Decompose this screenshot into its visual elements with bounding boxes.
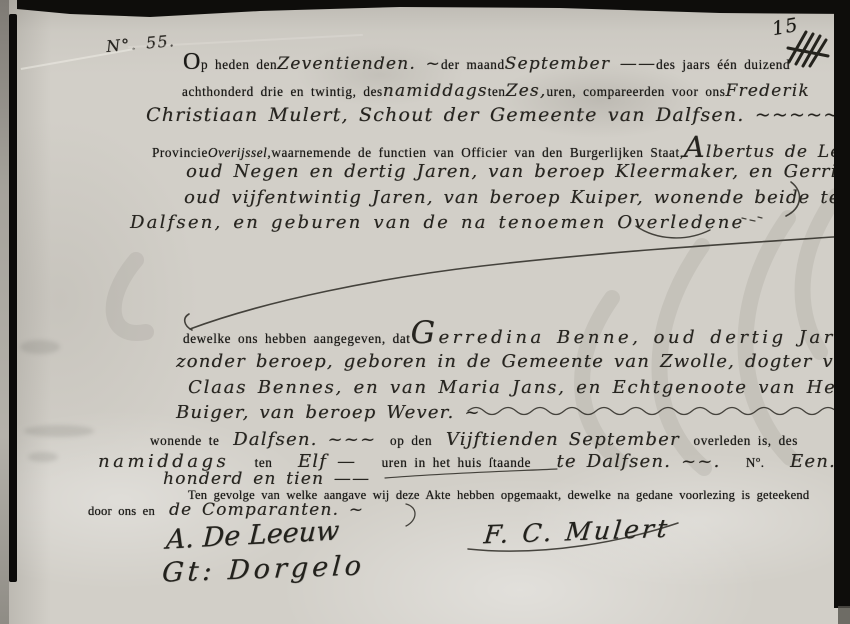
act-line-9: zonder beroep, geboren in de Gemeente va… xyxy=(176,351,850,374)
act-line-4: Provincie Overijssel, waarnemende de fun… xyxy=(152,136,838,164)
adjacent-page-edge xyxy=(0,0,9,624)
handwritten-segment: Dalfsen, en geburen van de na tenoemen O… xyxy=(130,212,744,233)
printed-segment: ten xyxy=(488,81,506,103)
scanned-death-record: N°. 55. 15 Op heden den Zeventienden. ~ … xyxy=(0,0,850,624)
act-line-2: achthonderd drie en twintig, des namidda… xyxy=(182,80,792,103)
handwritten-segment: Albertus de Leeuw xyxy=(684,136,850,163)
act-line-8: dewelke ons hebben aangegeven, dat Gerre… xyxy=(183,322,801,350)
printed-segment: achthonderd drie en twintig, des xyxy=(182,81,383,103)
ink-smudge xyxy=(28,452,58,462)
ink-smudge xyxy=(24,425,94,437)
handwritten-segment: Christiaan Mulert, Schout der Gemeente v… xyxy=(146,104,840,126)
act-line-3: Christiaan Mulert, Schout der Gemeente v… xyxy=(146,104,840,128)
handwritten-segment: Een. xyxy=(790,451,836,473)
printed-segment: op den xyxy=(390,430,432,452)
act-line-6: oud vijfentwintig Jaren, van beroep Kuip… xyxy=(184,187,841,210)
handwritten-segment: Zeventienden. ~ xyxy=(277,53,441,75)
act-line-5: oud Negen en dertig Jaren, van beroep Kl… xyxy=(186,161,850,184)
handwritten-segment: namiddags xyxy=(383,80,488,102)
printed-segment: uren in het huis ſtaande xyxy=(382,452,531,474)
act-line-10: Claas Bennes, en van Maria Jans, en Echt… xyxy=(188,377,850,400)
handwritten-segment: oud Negen en dertig Jaren, van beroep Kl… xyxy=(186,161,850,182)
printed-segment: des jaars één duizend xyxy=(656,54,790,76)
handwritten-segment: oud vijfentwintig Jaren, van beroep Kuip… xyxy=(184,187,841,208)
printed-segment: Nº. xyxy=(746,452,765,474)
act-line-1: Op heden den Zeventienden. ~ der maand S… xyxy=(183,53,790,76)
handwritten-segment: Buiger, van beroep Wever. ~ xyxy=(176,402,481,423)
printed-segment: dewelke ons hebben aangegeven, dat xyxy=(183,328,411,350)
printed-segment: Op heden den xyxy=(183,53,277,76)
handwritten-segment: Claas Bennes, en van Maria Jans, en Echt… xyxy=(188,377,850,398)
printed-segment: overleden is, des xyxy=(694,430,798,452)
act-line-7: Dalfsen, en geburen van de na tenoemen O… xyxy=(130,212,744,235)
act-line-12: wonende te Dalfsen. ~~~ op den Vijftiend… xyxy=(150,429,798,452)
printed-segment: door ons en xyxy=(88,504,155,518)
act-line-11: Buiger, van beroep Wever. ~ xyxy=(176,402,481,425)
printed-segment: wonende te xyxy=(150,430,219,452)
handwritten-segment: te Dalfsen. ~~. xyxy=(556,451,720,473)
book-binding-edge xyxy=(9,14,17,582)
handwritten-segment: zonder beroep, geboren in de Gemeente va… xyxy=(176,351,850,372)
printed-segment: der maand xyxy=(441,54,505,76)
handwritten-segment: Vijftienden September xyxy=(446,429,680,451)
printed-segment: uren, compareerden voor ons xyxy=(546,81,725,103)
handwritten-segment: Zes, xyxy=(506,80,547,102)
handwritten-segment: Gerredina Benne, oud dertig Jaren xyxy=(411,322,850,349)
handwritten-segment: Dalfsen. ~~~ xyxy=(233,429,376,451)
page-number: 15 xyxy=(770,14,800,40)
handwritten-segment: Frederik xyxy=(725,80,809,102)
handwritten-segment: September —— xyxy=(505,53,656,75)
ink-smudge xyxy=(20,340,60,354)
